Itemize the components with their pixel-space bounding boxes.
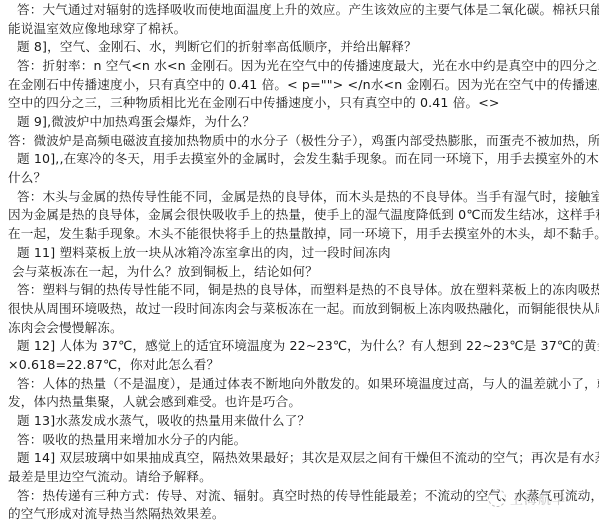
answer-line: 答：折射率：n 空气<n 水<n 金刚石。因为光在空气中的传播速度最大，光在水中…	[17, 56, 599, 75]
text-line: 能说温室效应像地球穿了棉袄。	[8, 19, 599, 38]
watermark-text: 上海航华	[510, 489, 566, 508]
answer-line: 答：大气通过对辐射的选择吸收而使地面温度上升的效应。产生该效应的主要气体是二氧化…	[17, 0, 599, 19]
wechat-logo-icon	[488, 489, 506, 507]
text-line: 发，体内热量集聚，人就会感到难受。也许是巧合。	[8, 392, 599, 411]
document-page: 答：大气通过对辐射的选择吸收而使地面温度上升的效应。产生该效应的主要气体是二氧化…	[0, 0, 603, 523]
text-line: 很快从周围环境吸热，故过一段时间冻肉会与菜板冻在一起。而放到铜板上冻肉吸热融化，…	[8, 299, 599, 318]
question-line: 题 10],,在寒冷的冬天，用手去摸室外的金属时，会发生黏手现象。而在同一环境下…	[17, 149, 599, 168]
text-line: 在金刚石中传播速度小，只有真空中的 0.41 倍。< p=""> </n水<n …	[8, 75, 599, 94]
question-line: 题 9],微波炉中加热鸡蛋会爆炸，为什么？	[17, 112, 599, 131]
answer-line: 答：木头与金属的热传导性能不同，金属是热的良导体，而木头是热的不良导体。当手有湿…	[17, 187, 599, 206]
text-line: 在一起，发生黏手现象。木头不能很快将手上的热量散掉，同一环境下，用手去摸室外的木…	[8, 224, 599, 243]
answer-line: 答：吸收的热量用来增加水分子的内能。	[17, 430, 599, 449]
question-line: 题 13]水蒸发成水蒸气，吸收的热量用来做什么了？	[17, 411, 599, 430]
text-line: 因为金属是热的良导体，金属会很快吸收手上的热量，使手上的湿气温度降低到 0℃而发…	[8, 205, 599, 224]
text-line: 冻肉会会慢慢解冻。	[8, 318, 599, 337]
text-line: 最差是里边空气流动。请给予解释。	[8, 467, 599, 486]
answer-line: 答：塑料与铜的热传导性能不同，铜是热的良导体，而塑料是热的不良导体。放在塑料菜板…	[17, 280, 599, 299]
question-line: 题 8]，空气、金刚石、水，判断它们的折射率高低顺序，并给出解释？	[17, 37, 599, 56]
question-line: 题 11] 塑料菜板上放一块从冰箱冷冻室拿出的肉，过一段时间冻肉	[17, 243, 599, 262]
text-line: 什么？	[8, 168, 599, 187]
watermark: 上海航华	[488, 486, 598, 510]
question-line: 题 12] 人体为 37℃，感觉上的适宜环境温度为 22~23℃，为什么？有人想…	[17, 336, 599, 355]
text-line: ×0.618=22.87℃，你对此怎么看？	[8, 355, 599, 374]
question-line: 题 14] 双层玻璃中如果抽成真空，隔热效果最好；其次是双层之间有干燥但不流动的…	[17, 448, 599, 467]
text-line: 会与菜板冻在一起，为什么？放到铜板上，结论如何？	[12, 262, 599, 281]
text-line: 空中的四分之三，三种物质相比光在金刚石中传播速度小，只有真空中的 0.41 倍。…	[8, 93, 599, 112]
answer-line: 答：人体的热量（不是温度），是通过体表不断地向外散发的。如果环境温度过高，与人的…	[17, 374, 599, 393]
answer-line: 答：微波炉是高频电磁波直接加热物质中的水分子（极性分子），鸡蛋内部受热膨胀，而蛋…	[8, 131, 599, 150]
